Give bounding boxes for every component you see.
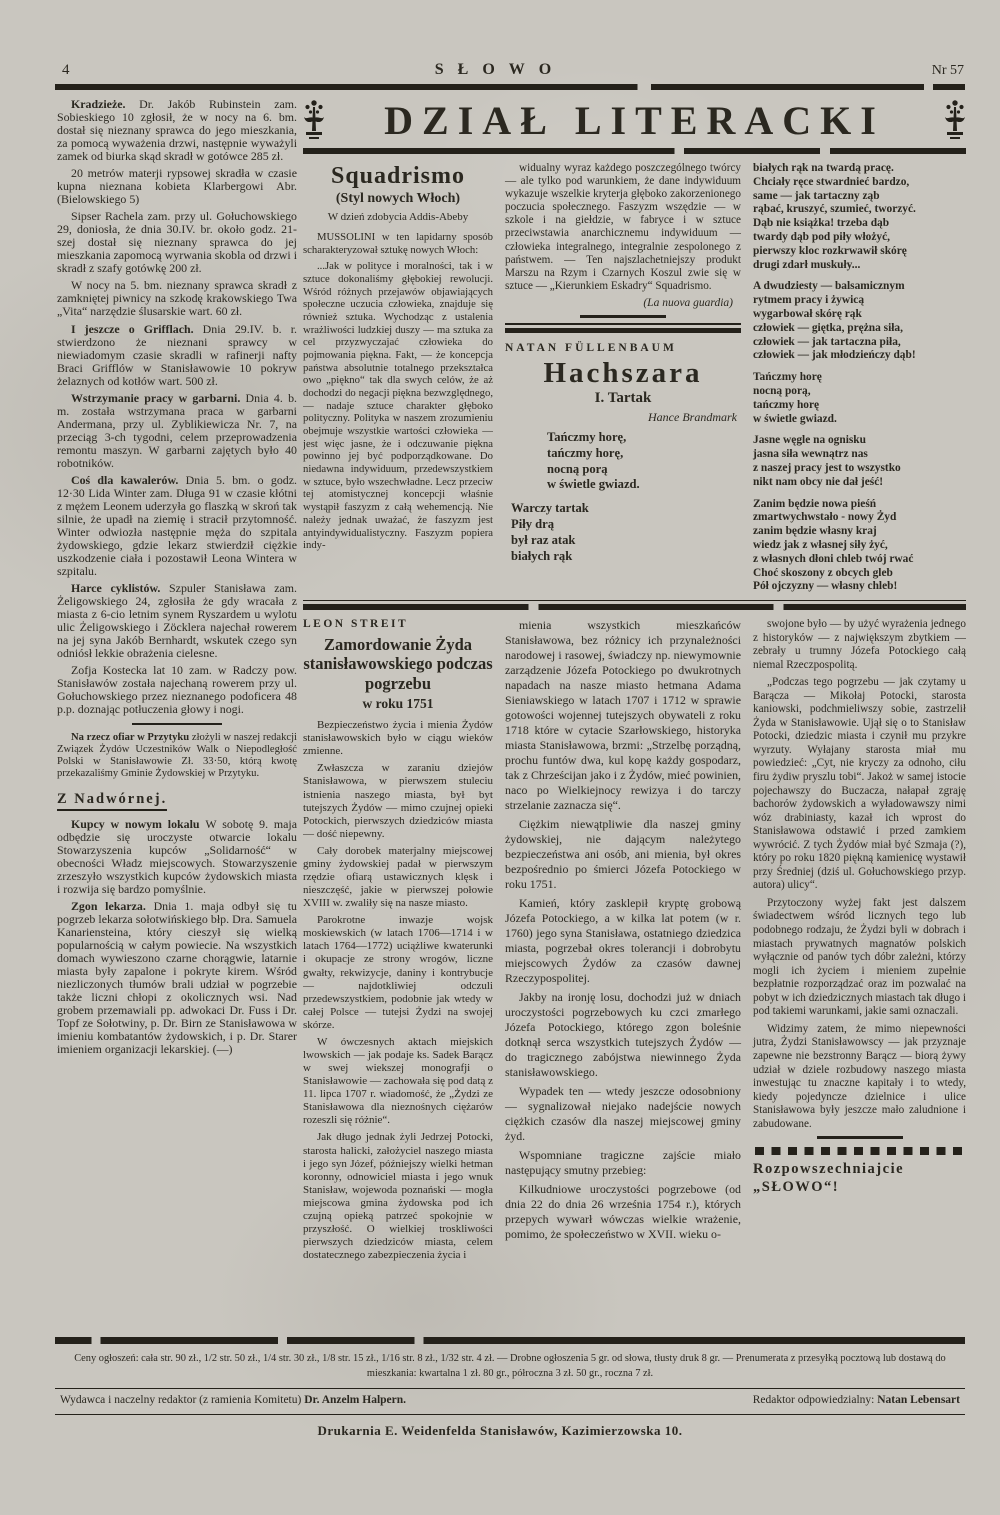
paragraph: Jakby na ironję losu, dochodzi już w dni… bbox=[505, 990, 741, 1080]
verse-line: człowiek — jak młodzieńczy dąb! bbox=[753, 349, 966, 363]
footer-rule bbox=[55, 1337, 965, 1344]
paragraph-lead: Zgon lekarza. bbox=[71, 899, 154, 913]
poem-stanza: A dwudziesty — balsamicznymrytmem pracy … bbox=[753, 280, 966, 363]
verse-line: Tańczmy horę, bbox=[547, 430, 741, 446]
paragraph: W nocy na 5. bm. nieznany sprawca skradł… bbox=[57, 279, 297, 318]
article-columns: LEON STREIT Zamordowanie Żyda stanisławo… bbox=[303, 618, 966, 1340]
slogan-text: Rozpowszechniajcie „SŁOWO“! bbox=[753, 1161, 966, 1196]
fleuron-icon bbox=[303, 99, 325, 141]
paragraph-lead: Harce cyklistów. bbox=[71, 581, 169, 595]
news-column: Kradzieże. Dr. Jakób Rubinstein zam. Sob… bbox=[57, 98, 297, 1338]
poem-title: Hachszara bbox=[505, 358, 741, 388]
paragraph: Widzimy zatem, że mimo niepewności jutra… bbox=[753, 1023, 966, 1131]
verse-line: białych rąk na twardą pracę. bbox=[753, 162, 966, 176]
article-column-3: swojone było — by użyć wyrażenia jednego… bbox=[753, 618, 966, 1340]
article-column-2: mienia wszystkich mieszkańców Stanisławo… bbox=[505, 618, 741, 1340]
verse-line: Warczy tartak bbox=[511, 501, 741, 517]
squadrismo-text-1: MUSSOLINI w ten lapidarny sposób scharak… bbox=[303, 231, 493, 552]
footer-thin-rule-1 bbox=[55, 1388, 965, 1389]
paragraph: Kilkudniowe uroczystości pogrzebowe (od … bbox=[505, 1182, 741, 1242]
verse-line: wygarbował skórę rąk bbox=[753, 308, 966, 322]
squares-ornament-row bbox=[755, 1147, 964, 1155]
paragraph: Kupcy w nowym lokalu W sobotę 9. maja od… bbox=[57, 818, 297, 896]
literary-title-row: DZIAŁ LITERACKI bbox=[303, 94, 966, 146]
nadworna-items: Kupcy w nowym lokalu W sobotę 9. maja od… bbox=[57, 818, 297, 1057]
paragraph: „Podczas tego pogrzebu — jak czytamy u B… bbox=[753, 676, 966, 893]
verse-line: A dwudziesty — balsamicznym bbox=[753, 280, 966, 294]
newspaper-page: 4 SŁOWO Nr 57 Kradzieże. Dr. Jakób Rubin… bbox=[0, 0, 1000, 1515]
verse-line: nocną porą bbox=[547, 462, 741, 478]
poem-stanza: Tańczmy horęnocną porą,tańczmy horęw świ… bbox=[753, 371, 966, 426]
paragraph: Na rzecz ofiar w Przytyku złożyli w nasz… bbox=[57, 732, 297, 779]
paragraph: 20 metrów materji rypsowej skradła w cza… bbox=[57, 167, 297, 206]
paragraph: Jak długo jednak żyli Jedrzej Potocki, s… bbox=[303, 1131, 493, 1262]
verse-line: pierwszy kloc rozkrwawił skórę bbox=[753, 245, 966, 259]
verse-line: nocną porą, bbox=[753, 385, 966, 399]
paragraph: MUSSOLINI w ten lapidarny sposób scharak… bbox=[303, 231, 493, 256]
poem-author: NATAN FÜLLENBAUM bbox=[505, 342, 741, 355]
paragraph: Harce cyklistów. Szpuler Stanisława zam.… bbox=[57, 582, 297, 660]
verse-line: tańczmy horę, bbox=[547, 446, 741, 462]
paragraph: Bezpieczeństwo życia i mienia Żydów stan… bbox=[303, 719, 493, 758]
verse-line: Zanim będzie nowa pieśń bbox=[753, 498, 966, 512]
paragraph: mienia wszystkich mieszkańców Stanisławo… bbox=[505, 618, 741, 813]
verse-line: tańczmy horę bbox=[753, 399, 966, 413]
squadrismo-credit: (La nuova guardia) bbox=[505, 297, 733, 310]
paragraph-lead: I jeszcze o Grifflach. bbox=[71, 322, 203, 336]
poem-column-right: białych rąk na twardą pracę.Chciały ręce… bbox=[753, 162, 966, 594]
squadrismo-subtitle: (Styl nowych Włoch) bbox=[303, 191, 493, 208]
paragraph: Parokrotne inwazje wojsk moskiewskich (w… bbox=[303, 914, 493, 1032]
verse-line: Pół ojczyzny — własny chleb! bbox=[753, 580, 966, 594]
paragraph: swojone było — by użyć wyrażenia jednego… bbox=[753, 618, 966, 672]
poem-stanzas-left: Tańczmy horę,tańczmy horę,nocną porąw św… bbox=[505, 430, 741, 565]
article-column-1: LEON STREIT Zamordowanie Żyda stanisławo… bbox=[303, 618, 493, 1340]
paragraph: Ciężkim niewątpliwie dla naszej gminy ży… bbox=[505, 817, 741, 892]
article-text-3: swojone było — by użyć wyrażenia jednego… bbox=[753, 618, 966, 1131]
paragraph: Przytoczony wyżej fakt jest dalszem świa… bbox=[753, 897, 966, 1019]
paragraph: Wspomniane tragiczne zajście miało nastę… bbox=[505, 1148, 741, 1178]
verse-line: był raz atak bbox=[511, 533, 741, 549]
paragraph: widualny wyraz każdego poszczególnego tw… bbox=[505, 162, 741, 293]
article-end-rule bbox=[580, 315, 666, 318]
news-items: Kradzieże. Dr. Jakób Rubinstein zam. Sob… bbox=[57, 98, 297, 716]
publisher-label: Wydawca i naczelny redaktor (z ramienia … bbox=[60, 1394, 301, 1406]
paragraph: Zwłaszcza w zaraniu dziejów Stanisławowa… bbox=[303, 762, 493, 840]
verse-line: z naszej pracy jest to wszystko bbox=[753, 462, 966, 476]
article-title: Zamordowanie Żyda stanisławowskiego podc… bbox=[303, 635, 493, 693]
verse-line: w świetle gwiazd. bbox=[547, 477, 741, 493]
poem-stanza: Tańczmy horę,tańczmy horę,nocną porąw św… bbox=[547, 430, 741, 493]
verse-line: nikt nam obcy nie dał jeść! bbox=[753, 476, 966, 490]
paragraph: Wypadek ten — wtedy jeszcze odosobniony … bbox=[505, 1084, 741, 1144]
paragraph: I jeszcze o Grifflach. Dnia 29.IV. b. r.… bbox=[57, 323, 297, 388]
poem-stanzas-right: białych rąk na twardą pracę.Chciały ręce… bbox=[753, 162, 966, 594]
paragraph-lead: Kupcy w nowym lokalu bbox=[71, 817, 205, 831]
verse-line: zmartwychwstało - nowy Żyd bbox=[753, 511, 966, 525]
issue-number: Nr 57 bbox=[932, 63, 964, 79]
section-heading-nadworna: Z Nadwórnej. bbox=[57, 792, 167, 811]
paragraph: Kamień, który zasklepił kryptę grobową J… bbox=[505, 896, 741, 986]
printer-line: Drukarnia E. Weidenfelda Stanisławów, Ka… bbox=[0, 1423, 1000, 1439]
verse-line: rąbać, kruszyć, szumieć, tworzyć. bbox=[753, 203, 966, 217]
verse-line: Chciały ręce stwardnieć bardzo, bbox=[753, 176, 966, 190]
poem-stanza: Warczy tartakPiły drąbył raz atakbiałych… bbox=[511, 501, 741, 564]
masthead-title: SŁOWO bbox=[0, 61, 1000, 79]
appeal-note: Na rzecz ofiar w Przytyku złożyli w nasz… bbox=[57, 732, 297, 779]
header-rule bbox=[55, 84, 965, 90]
squadrismo-title: Squadrismo bbox=[303, 162, 493, 190]
verse-line: jasna siła wewnątrz nas bbox=[753, 448, 966, 462]
article-end-rule bbox=[817, 1136, 903, 1139]
editor-name: Natan Lebensart bbox=[877, 1394, 960, 1406]
editor-line: Redaktor odpowiedzialny: Natan Lebensart bbox=[753, 1394, 960, 1406]
literary-section: DZIAŁ LITERACKI Squadrismo (Styl nowych … bbox=[303, 94, 966, 1340]
verse-line: białych rąk bbox=[511, 549, 741, 565]
divider-rule bbox=[132, 723, 222, 725]
poem-top-thin-rule bbox=[505, 323, 741, 325]
verse-line: zanim będzie własny kraj bbox=[753, 525, 966, 539]
verse-line: Choć skoszony z obcych gleb bbox=[753, 567, 966, 581]
editor-label: Redaktor odpowiedzialny: bbox=[753, 1394, 875, 1406]
publisher-line: Wydawca i naczelny redaktor (z ramienia … bbox=[60, 1394, 406, 1406]
paragraph: Kradzieże. Dr. Jakób Rubinstein zam. Sob… bbox=[57, 98, 297, 163]
divider-thick-rule bbox=[303, 604, 966, 610]
squadrismo-column-2: widualny wyraz każdego poszczególnego tw… bbox=[505, 162, 741, 594]
section-divider bbox=[303, 600, 966, 610]
verse-line: same — jak tartaczny ząb bbox=[753, 190, 966, 204]
verse-line: Dąb nie książka! trzeba dąb bbox=[753, 217, 966, 231]
divider-thin-rule bbox=[303, 600, 966, 601]
poem-stanza: Zanim będzie nowa pieśńzmartwychwstało -… bbox=[753, 498, 966, 594]
squadrismo-dateline: W dzień zdobycia Addis-Abeby bbox=[303, 211, 493, 224]
literary-top-columns: Squadrismo (Styl nowych Włoch) W dzień z… bbox=[303, 162, 966, 594]
article-author: LEON STREIT bbox=[303, 618, 493, 632]
paragraph: Coś dla kawalerów. Dnia 5. bm. o godz. 1… bbox=[57, 474, 297, 578]
poem-dedication: Hance Brandmark bbox=[505, 410, 737, 424]
verse-line: człowiek — jak tartaczna piła, bbox=[753, 336, 966, 350]
verse-line: twardy dąb pod piły włożyć, bbox=[753, 231, 966, 245]
paragraph: Cały dorobek materjalny miejscowej gminy… bbox=[303, 845, 493, 910]
poem-top-thick-rule bbox=[505, 328, 741, 333]
article-text-1: Bezpieczeństwo życia i mienia Żydów stan… bbox=[303, 719, 493, 1262]
poem-stanza: Jasne węgle na ogniskujasna siła wewnątr… bbox=[753, 434, 966, 489]
paragraph-lead: Wstrzymanie pracy w garbarni. bbox=[71, 391, 246, 405]
verse-line: w świetle gwiazd. bbox=[753, 413, 966, 427]
publisher-row: Wydawca i naczelny redaktor (z ramienia … bbox=[60, 1394, 960, 1406]
footer-thin-rule-2 bbox=[55, 1414, 965, 1415]
squadrismo-column-1: Squadrismo (Styl nowych Włoch) W dzień z… bbox=[303, 162, 493, 594]
paragraph-lead: Coś dla kawalerów. bbox=[71, 473, 186, 487]
verse-line: rytmem pracy i żywicą bbox=[753, 294, 966, 308]
fleuron-icon bbox=[944, 99, 966, 141]
publisher-name: Dr. Anzelm Halpern. bbox=[304, 1394, 406, 1406]
verse-line: drugi zdarł muskuły... bbox=[753, 259, 966, 273]
paragraph: W ówczesnych aktach miejskich lwowskich … bbox=[303, 1036, 493, 1128]
paragraph: ...Jak w polityce i moralności, tak i w … bbox=[303, 260, 493, 551]
squadrismo-text-2: widualny wyraz każdego poszczególnego tw… bbox=[505, 162, 741, 293]
poem-stanza: białych rąk na twardą pracę.Chciały ręce… bbox=[753, 162, 966, 272]
paragraph: Wstrzymanie pracy w garbarni. Dnia 4. b.… bbox=[57, 392, 297, 470]
paragraph: Sipser Rachela zam. przy ul. Gołuchowski… bbox=[57, 210, 297, 275]
verse-line: człowiek — giętka, prężna siła, bbox=[753, 322, 966, 336]
advert-prices: Ceny ogłoszeń: cała str. 90 zł., 1/2 str… bbox=[58, 1352, 962, 1381]
paragraph-lead: Kradzieże. bbox=[71, 98, 139, 111]
paragraph: Zgon lekarza. Dnia 1. maja odbył się tu … bbox=[57, 900, 297, 1056]
article-text-2: mienia wszystkich mieszkańców Stanisławo… bbox=[505, 618, 741, 1242]
verse-line: Jasne węgle na ognisku bbox=[753, 434, 966, 448]
paragraph: Zofja Kostecka lat 10 zam. w Radczy pow.… bbox=[57, 664, 297, 716]
poem-part-title: I. Tartak bbox=[505, 390, 741, 408]
verse-line: Piły drą bbox=[511, 517, 741, 533]
article-subtitle: w roku 1751 bbox=[303, 696, 493, 712]
literary-section-title: DZIAŁ LITERACKI bbox=[325, 99, 944, 141]
verse-line: wiedz jak z własnej siły żyć, bbox=[753, 539, 966, 553]
verse-line: Tańczmy horę bbox=[753, 371, 966, 385]
verse-line: z własnych dłoni chleb twój rwać bbox=[753, 553, 966, 567]
paragraph-lead: Na rzecz ofiar w Przytyku bbox=[71, 732, 192, 743]
literary-title-rule bbox=[303, 148, 966, 154]
